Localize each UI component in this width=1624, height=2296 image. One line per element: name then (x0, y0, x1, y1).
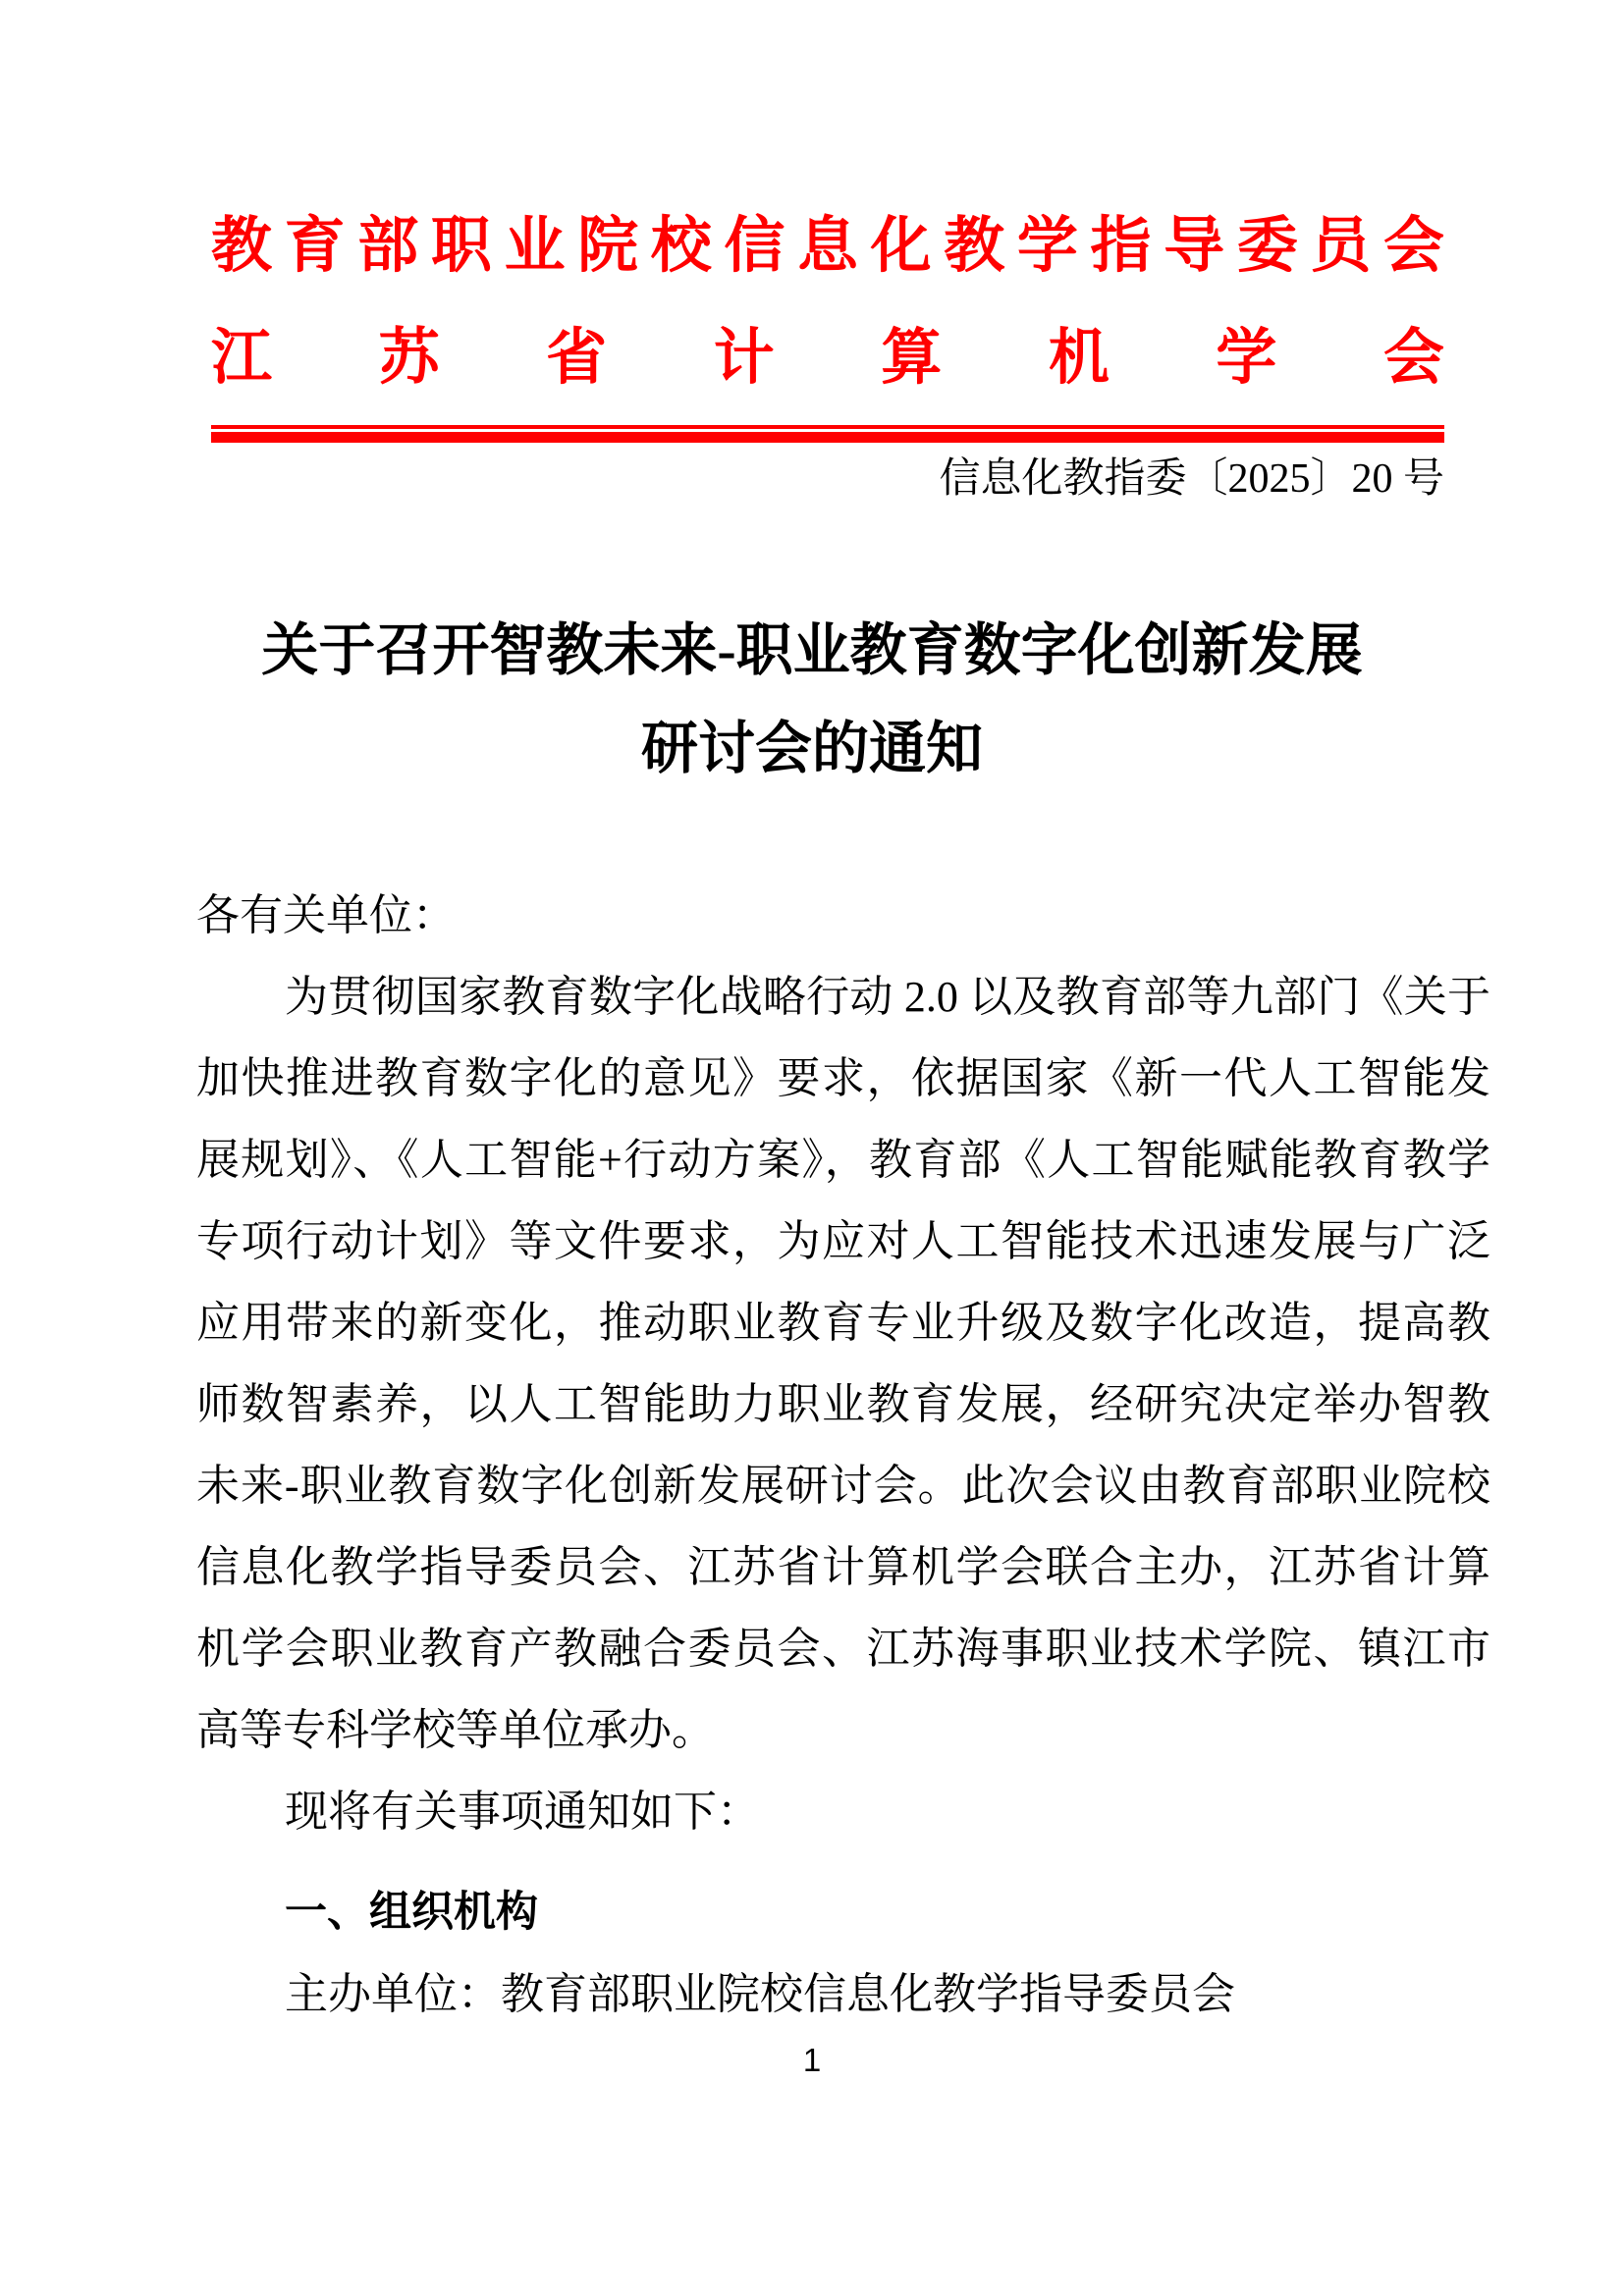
divider-thick-line (211, 432, 1444, 443)
paragraph-1-line: 加快推进教育数字化的意见》要求，依据国家《新一代人工智能发 (196, 1038, 1490, 1119)
paragraph-1-line: 专项行动计划》等文件要求，为应对人工智能技术迅速发展与广泛 (196, 1201, 1490, 1282)
letterhead: 教育部职业院校信息化教学指导委员会 江苏省计算机学会 信息化教指委〔2025〕2… (211, 0, 1444, 504)
document-footer: 1 (0, 2041, 1624, 2080)
salutation: 各有关单位： (196, 875, 1490, 956)
paragraph-1-line: 为贯彻国家教育数字化战略行动 2.0 以及教育部等九部门《关于 (196, 956, 1490, 1038)
paragraph-1-line: 高等专科学校等单位承办。 (196, 1689, 1490, 1771)
paragraph-1-line: 机学会职业教育产教融合委员会、江苏海事职业技术学院、镇江市 (196, 1608, 1490, 1689)
document-body: 各有关单位： 为贯彻国家教育数字化战略行动 2.0 以及教育部等九部门《关于 加… (196, 875, 1490, 2035)
paragraph-1: 为贯彻国家教育数字化战略行动 2.0 以及教育部等九部门《关于 加快推进教育数字… (196, 956, 1490, 1771)
section-1-heading: 一、组织机构 (196, 1872, 1490, 1953)
paragraph-1-line: 未来-职业教育数字化创新发展研讨会。此次会议由教育部职业院校 (196, 1445, 1490, 1526)
document-number: 信息化教指委〔2025〕20 号 (211, 454, 1444, 504)
page-number: 1 (0, 2041, 1624, 2080)
notice-lead-line: 现将有关事项通知如下： (196, 1771, 1490, 1852)
document-main: 关于召开智教未来-职业教育数字化创新发展 研讨会的通知 各有关单位： 为贯彻国家… (0, 602, 1624, 2035)
paragraph-1-line: 师数智素养，以人工智能助力职业教育发展，经研究决定举办智教 (196, 1363, 1490, 1445)
letterhead-org-line1: 教育部职业院校信息化教学指导委员会 (211, 211, 1444, 282)
document-title-line1: 关于召开智教未来-职业教育数字化创新发展 (0, 602, 1624, 700)
document-page: 教育部职业院校信息化教学指导委员会 江苏省计算机学会 信息化教指委〔2025〕2… (0, 0, 1624, 2296)
letterhead-divider-rule (211, 425, 1444, 443)
document-title-line2: 研讨会的通知 (0, 700, 1624, 798)
document-title: 关于召开智教未来-职业教育数字化创新发展 研讨会的通知 (0, 602, 1624, 798)
paragraph-1-line: 信息化教学指导委员会、江苏省计算机学会联合主办，江苏省计算 (196, 1526, 1490, 1608)
host-organizer-line: 主办单位：教育部职业院校信息化教学指导委员会 (196, 1953, 1490, 2035)
letterhead-org-line2: 江苏省计算机学会 (211, 323, 1444, 394)
paragraph-1-line: 展规划》、《人工智能+行动方案》，教育部《人工智能赋能教育教学 (196, 1119, 1490, 1201)
paragraph-1-line: 应用带来的新变化，推动职业教育专业升级及数字化改造，提高教 (196, 1282, 1490, 1363)
